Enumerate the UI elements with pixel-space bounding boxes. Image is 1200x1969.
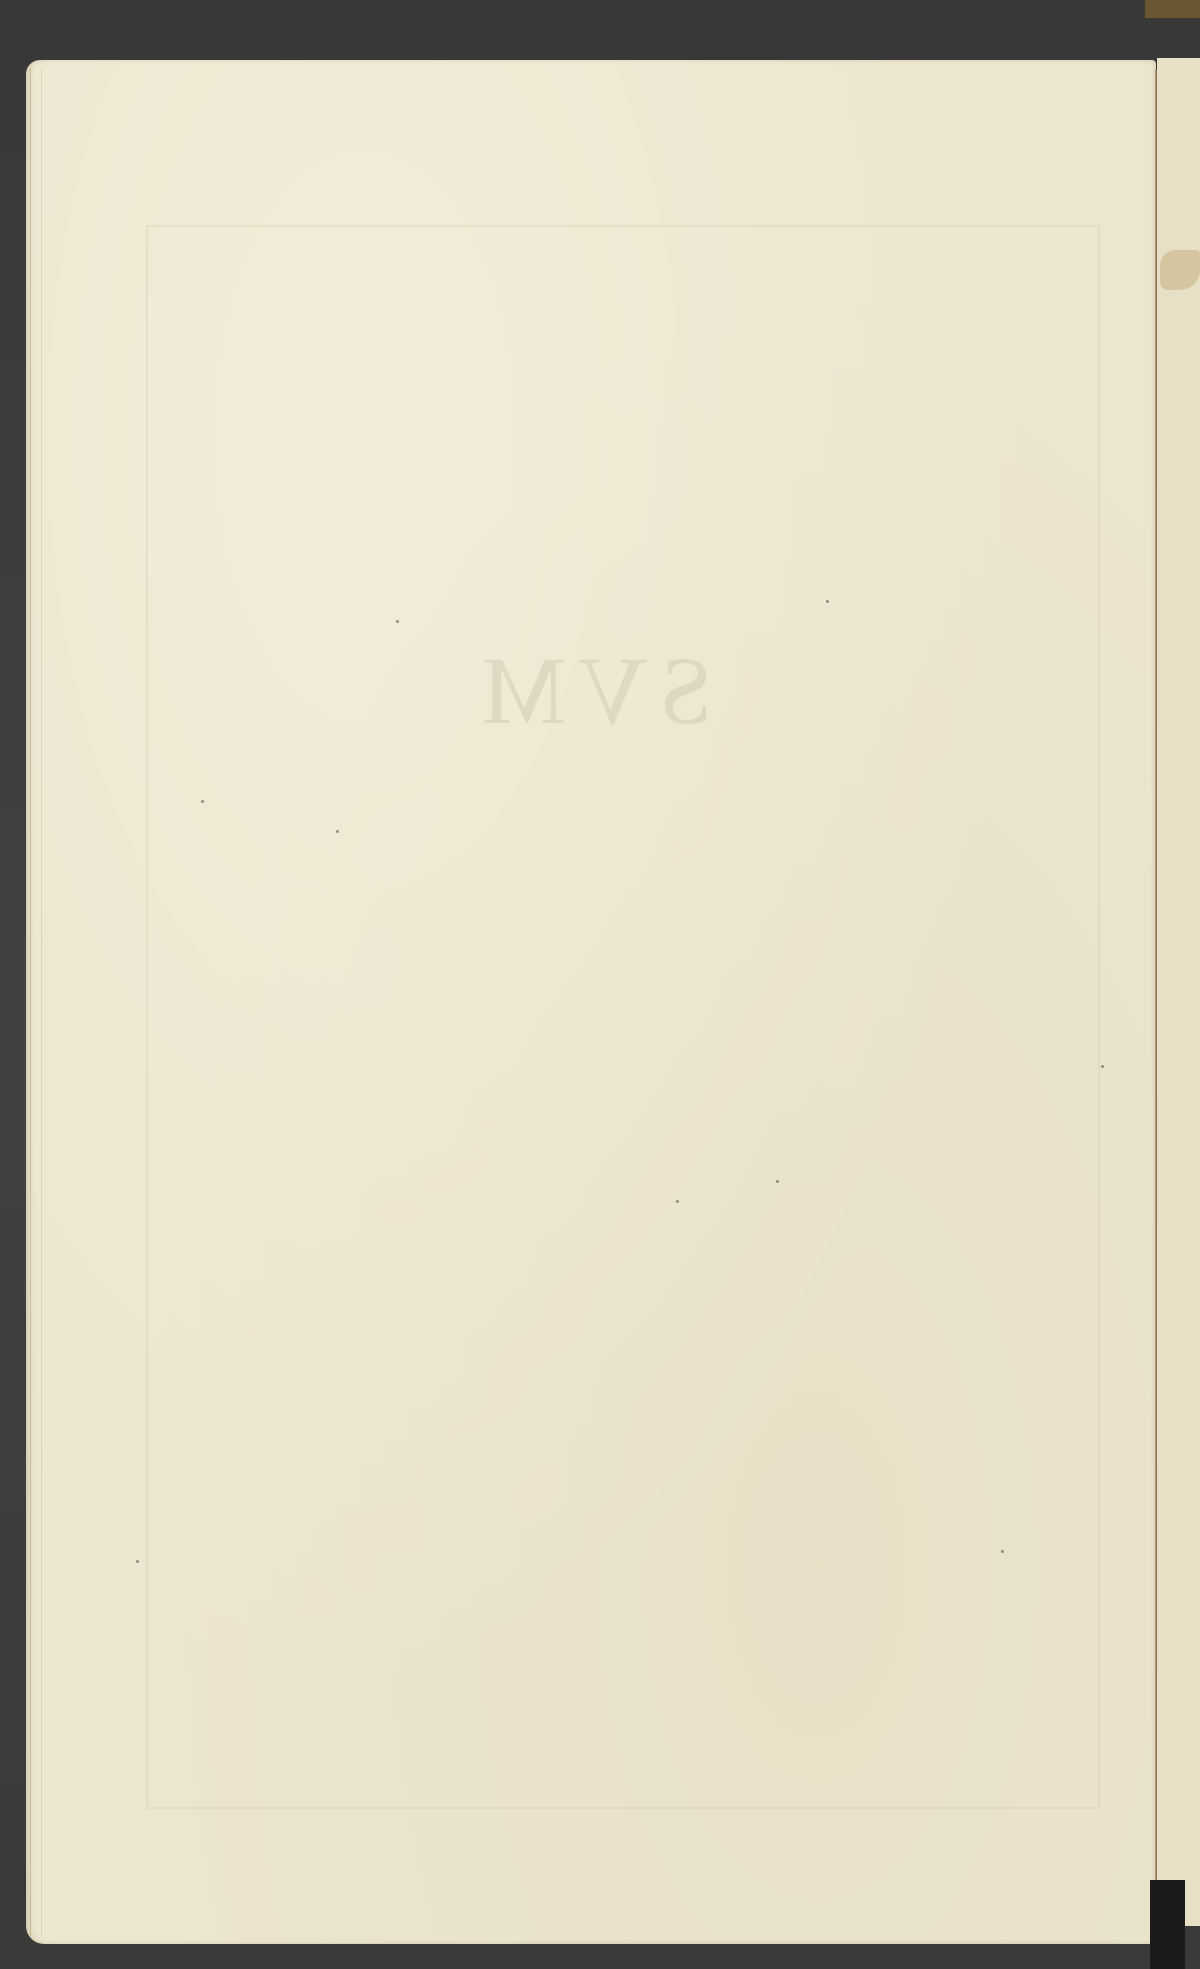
gutter-line: [1155, 70, 1157, 1950]
paper-speck: [676, 1200, 679, 1203]
paper-speck: [776, 1180, 779, 1183]
page-edge-left: [30, 68, 42, 1936]
paper-speck: [336, 830, 339, 833]
paper-speck: [826, 600, 829, 603]
facing-page-edge: [1157, 58, 1200, 1926]
paper-speck: [1001, 1550, 1004, 1553]
paper-speck: [136, 1560, 139, 1563]
show-through-title: SVM: [26, 635, 1156, 746]
book-binding-bottom: [1150, 1880, 1185, 1969]
paper-speck: [1101, 1065, 1104, 1068]
paper-speck: [396, 620, 399, 623]
paper-speck: [201, 800, 204, 803]
paper-stain: [1160, 250, 1200, 290]
book-binding-top: [1145, 0, 1200, 18]
book-page: SVM: [26, 60, 1156, 1944]
show-through-frame: [146, 225, 1100, 1809]
